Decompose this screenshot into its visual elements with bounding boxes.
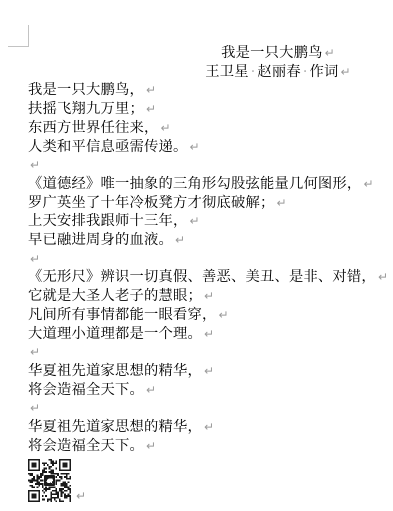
text-boundary-corner-mark-vertical: [28, 25, 29, 46]
paragraph-mark-icon: ↵: [30, 401, 40, 415]
poem-line: 大道理小道理都是一个理。↵: [28, 325, 380, 344]
poem-line-text: 大道理小道理都是一个理。: [28, 326, 202, 342]
poem-line: 扶摇飞翔九万里；↵: [28, 100, 380, 119]
poem-line-text: 上天安排我跟师十三年，: [28, 213, 187, 229]
paragraph-mark-icon: ↵: [189, 140, 199, 154]
qr-code-image: [28, 459, 71, 502]
paragraph-mark-icon: ↵: [146, 102, 156, 116]
poem-line: 《无形尺》辨识一切真假、善恶、美丑、是非、对错，↵: [28, 268, 380, 287]
paragraph-mark-icon: ↵: [363, 177, 373, 191]
paragraph-mark-icon: ↵: [378, 270, 388, 284]
paragraph-mark-icon: ↵: [146, 383, 156, 397]
poem-line-text: 它就是大圣人老子的慧眼；: [28, 288, 202, 304]
paragraph-mark-icon: ↵: [325, 46, 335, 60]
poem-line-text: 早已融进周身的血液。: [28, 232, 173, 248]
poem-line: 人类和平信息亟需传递。↵: [28, 138, 380, 157]
paragraph-mark-icon: ↵: [175, 233, 185, 247]
paragraph-mark-icon: ↵: [276, 196, 286, 210]
poem-title-line: 我是一只大鹏鸟↵: [168, 44, 388, 63]
poem-line-text: 罗广英坐了十年冷板凳方才彻底破解；: [28, 195, 274, 211]
poem-line-text: 《道德经》唯一抽象的三角形勾股弦能量几何图形，: [28, 176, 361, 192]
paragraph-mark-icon: ↵: [146, 83, 156, 97]
paragraph-mark-icon: ↵: [30, 252, 40, 266]
paragraph-mark-icon: ↵: [30, 345, 40, 359]
empty-line: ↵: [28, 156, 380, 175]
poem-line: 它就是大圣人老子的慧眼；↵: [28, 287, 380, 306]
paragraph-mark-icon: ↵: [341, 65, 351, 79]
paragraph-mark-icon: ↵: [204, 327, 214, 341]
poem-line-text: 东西方世界任往来，: [28, 120, 158, 136]
poem-line-text: 凡间所有事情都能一眼看穿，: [28, 307, 216, 323]
empty-line: ↵: [28, 399, 380, 418]
empty-line: ↵: [28, 343, 380, 362]
poem-line-text: 华夏祖先道家思想的精华，: [28, 363, 202, 379]
poem-line-text: 我是一只大鹏鸟，: [28, 82, 144, 98]
poem-line-text: 华夏祖先道家思想的精华，: [28, 419, 202, 435]
text-boundary-corner-mark-horizontal: [8, 46, 29, 47]
poem-line: 将会造福全天下。↵: [28, 381, 380, 400]
empty-line: ↵: [28, 250, 380, 269]
poem-line: 早已融进周身的血液。↵: [28, 231, 380, 250]
document-page: 我是一只大鹏鸟↵ 王卫星·赵丽春·作词↵ 我是一只大鹏鸟，↵ 扶摇飞翔九万里；↵…: [0, 0, 393, 511]
paragraph-mark-icon: ↵: [204, 364, 214, 378]
poem-title: 我是一只大鹏鸟: [221, 45, 322, 61]
poem-header: 我是一只大鹏鸟↵ 王卫星·赵丽春·作词↵: [168, 44, 388, 81]
poem-line-text: 将会造福全天下。: [28, 438, 144, 454]
paragraph-mark-icon: ↵: [160, 121, 170, 135]
poem-line: 将会造福全天下。↵: [28, 437, 380, 456]
byline-role: 作词: [310, 64, 339, 80]
paragraph-mark-icon: ↵: [204, 420, 214, 434]
poem-line: 东西方世界任往来，↵: [28, 119, 380, 138]
poem-line: 凡间所有事情都能一眼看穿，↵: [28, 306, 380, 325]
poem-line: 上天安排我跟师十三年，↵: [28, 212, 380, 231]
paragraph-mark-icon: ↵: [189, 214, 199, 228]
byline: 王卫星·赵丽春·作词↵: [168, 63, 388, 82]
paragraph-mark-icon: ↵: [146, 439, 156, 453]
document-text-area[interactable]: 我是一只大鹏鸟↵ 王卫星·赵丽春·作词↵ 我是一只大鹏鸟，↵ 扶摇飞翔九万里；↵…: [28, 44, 380, 505]
paragraph-mark-icon: ↵: [30, 158, 40, 172]
poem-line-text: 人类和平信息亟需传递。: [28, 139, 187, 155]
paragraph-mark-icon: ↵: [204, 289, 214, 303]
poem-line-text: 将会造福全天下。: [28, 382, 144, 398]
poem-line: 华夏祖先道家思想的精华，↵: [28, 362, 380, 381]
poem-line-text: 《无形尺》辨识一切真假、善恶、美丑、是非、对错，: [28, 269, 376, 285]
byline-author2: 赵丽春: [257, 64, 301, 80]
qr-code-paragraph: ↵: [28, 459, 380, 505]
poem-line: 《道德经》唯一抽象的三角形勾股弦能量几何图形，↵: [28, 175, 380, 194]
poem-line: 我是一只大鹏鸟，↵: [28, 81, 380, 100]
paragraph-mark-icon: ↵: [218, 308, 228, 322]
space-mark-icon: ·: [301, 64, 310, 80]
poem-line-text: 扶摇飞翔九万里；: [28, 101, 144, 117]
byline-author1: 王卫星: [205, 64, 249, 80]
poem-line: 华夏祖先道家思想的精华，↵: [28, 418, 380, 437]
poem-line: 罗广英坐了十年冷板凳方才彻底破解；↵: [28, 194, 380, 213]
paragraph-mark-icon: ↵: [76, 487, 86, 506]
